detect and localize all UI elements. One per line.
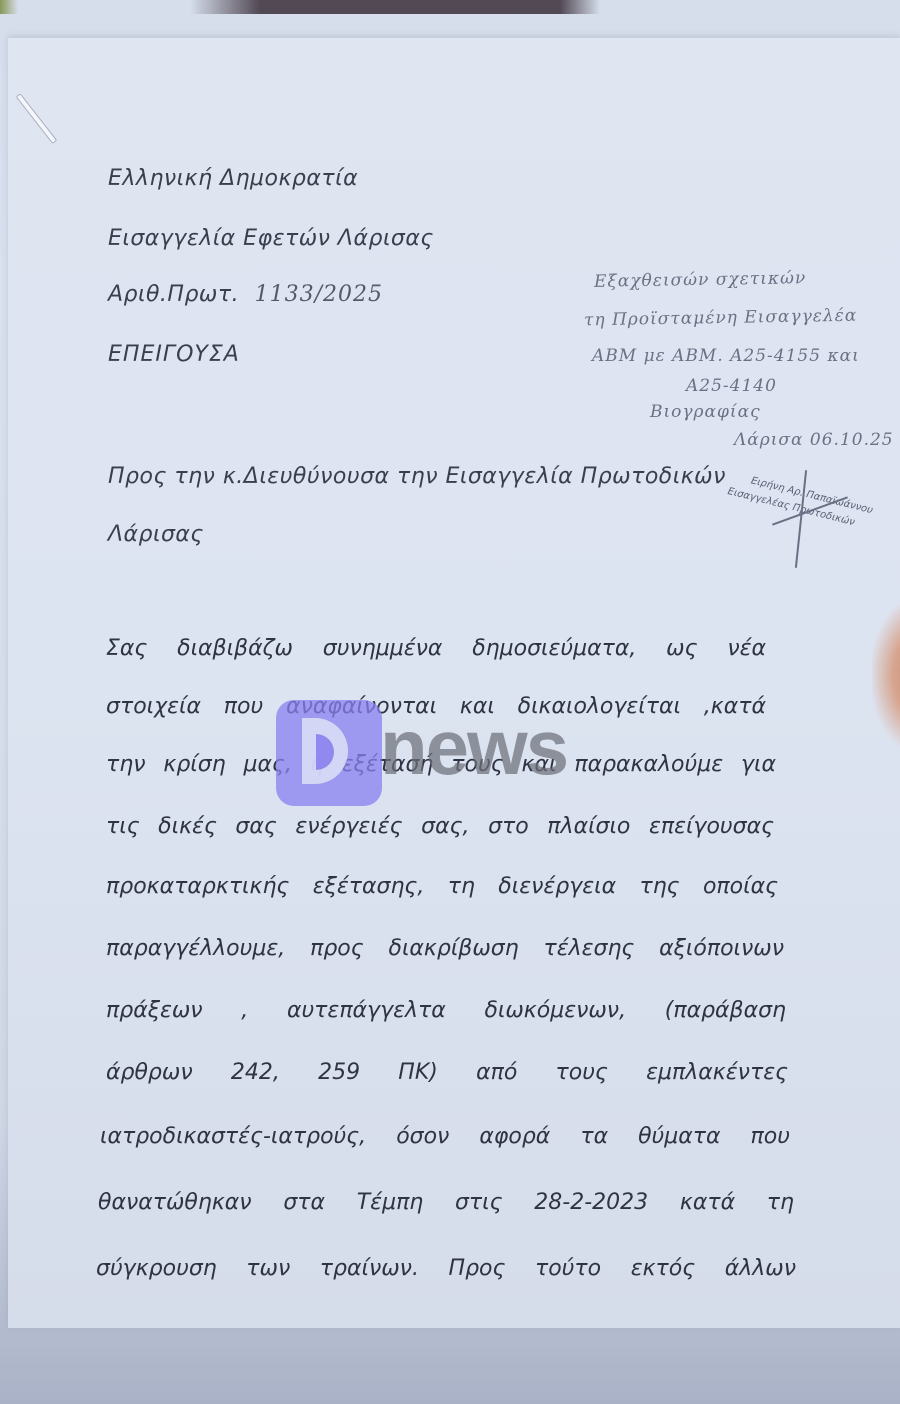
body-line: παραγγέλλουμε, προς διακρίβωση τέλεσης α…: [106, 936, 784, 961]
body-line: πράξεων , αυτεπάγγελτα διωκόμενων, (παρά…: [106, 998, 786, 1023]
finger-in-photo: [872, 600, 900, 750]
handwritten-note-line: ΑΒΜ με ΑΒΜ. Α25-4155 και: [592, 346, 860, 366]
body-line: ιατροδικαστές-ιατρούς, όσον αφορά τα θύμ…: [100, 1124, 790, 1149]
protocol-label: Αριθ.Πρωτ.: [108, 282, 239, 307]
watermark-text: news: [380, 702, 567, 793]
urgency-label: ΕΠΕΙΓΟΥΣΑ: [108, 342, 240, 367]
dnews-logo-icon: [276, 700, 382, 806]
handwritten-note-line: Βιογραφίας: [650, 402, 761, 422]
body-line: άρθρων 242, 259 ΠΚ) από τους εμπλακέντες: [106, 1060, 788, 1085]
header-office: Εισαγγελία Εφετών Λάρισας: [108, 226, 434, 251]
body-line: προκαταρκτικής εξέτασης, τη διενέργεια τ…: [106, 874, 778, 899]
protocol-row: Αριθ.Πρωτ. 1133/2025: [108, 282, 383, 307]
body-line: Σας διαβιβάζω συνημμένα δημοσιεύματα, ως…: [106, 636, 766, 661]
background-edge: [0, 0, 900, 14]
recipient-line: Προς την κ.Διευθύνουσα την Εισαγγελία Πρ…: [108, 464, 726, 489]
handwritten-date: Λάρισα 06.10.25: [734, 430, 894, 450]
handwritten-note-line: Εξαχθεισών σχετικών: [594, 268, 807, 292]
body-line: θανατώθηκαν στα Τέμπη στις 28-2-2023 κατ…: [98, 1190, 794, 1215]
body-line: τις δικές σας ενέργειές σας, στο πλαίσιο…: [106, 814, 774, 839]
body-line: σύγκρουση των τραίνων. Προς τούτο εκτός …: [96, 1256, 796, 1281]
protocol-number: 1133/2025: [255, 282, 383, 307]
dnews-watermark: news: [276, 700, 586, 806]
header-country: Ελληνική Δημοκρατία: [108, 166, 358, 191]
handwritten-note-line: Α25-4140: [686, 376, 777, 396]
recipient-city: Λάρισας: [108, 522, 204, 547]
